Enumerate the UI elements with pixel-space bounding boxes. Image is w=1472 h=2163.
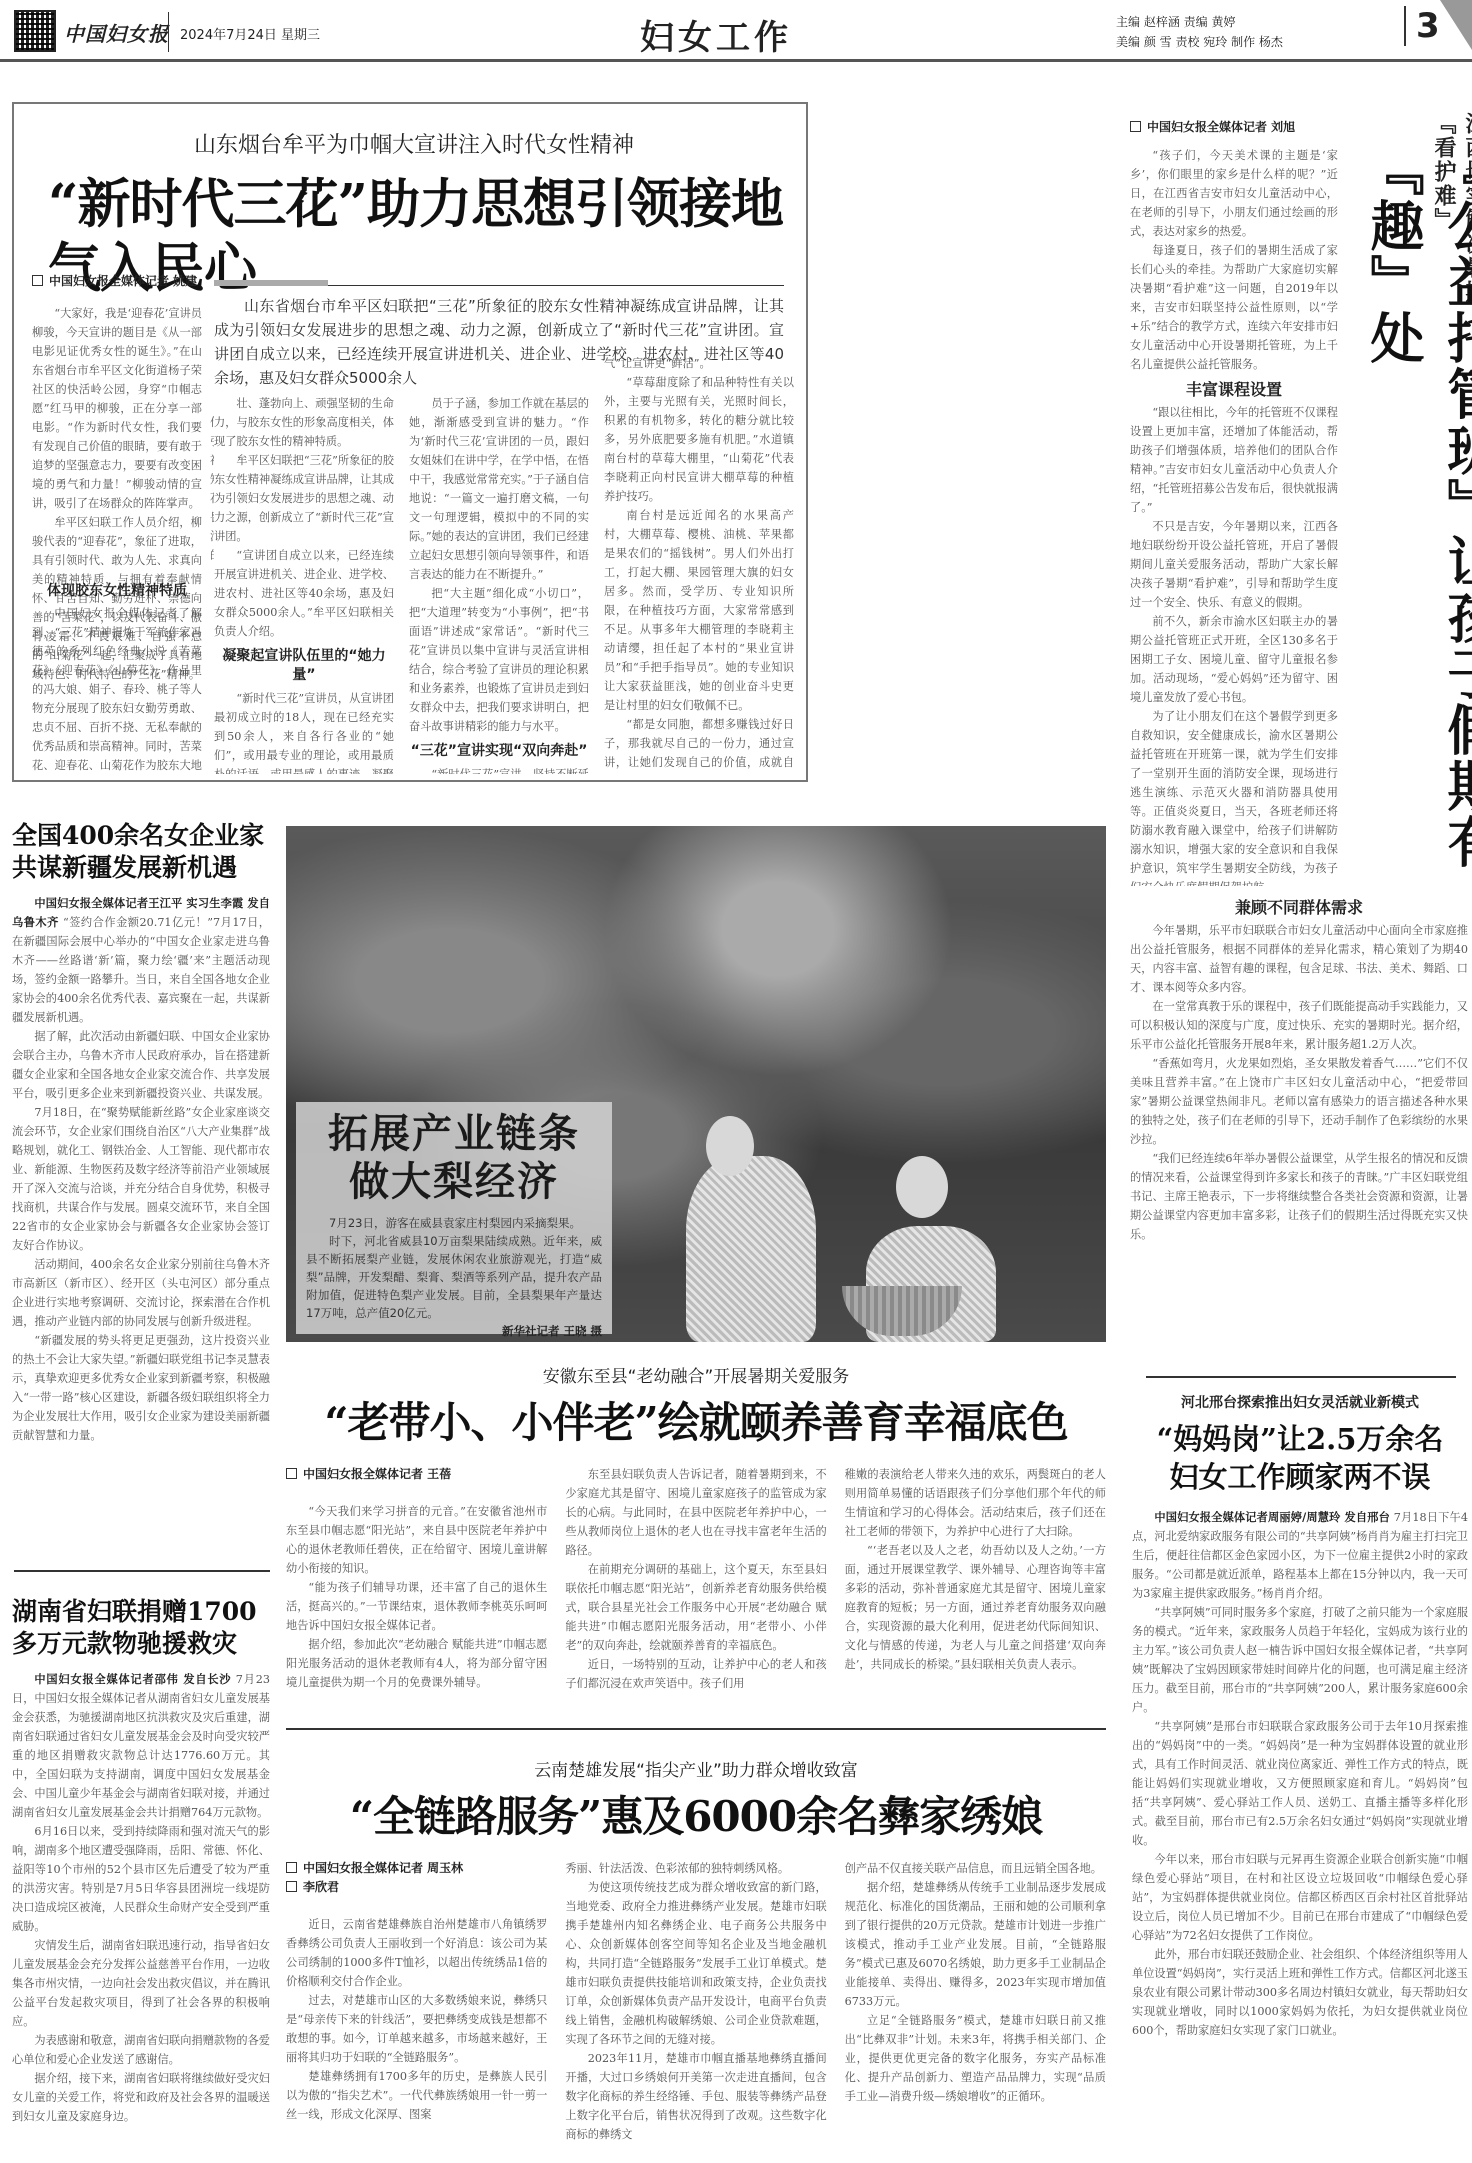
article-byline: 中国妇女报全媒体记者 刘旭: [1130, 118, 1295, 135]
paragraph: 南台村是远近闻名的水果高产村，大棚草莓、樱桃、油桃、苹果都是果农们的“摇钱树”。…: [604, 506, 794, 715]
column-2: 东至县妇联负责人告诉记者，随着暑期到来，不少家庭尤其是留守、困境儿童家庭孩子的监…: [565, 1465, 826, 1695]
byline-text: 中国妇女报全媒体记者 刘旭: [1147, 120, 1295, 134]
paragraph: 近日，云南省楚雄彝族自治州楚雄市八角镇绣罗香彝绣公司负责人王丽收到一个好消息：该…: [286, 1915, 547, 1991]
column-1: 中国妇女报全媒体记者 周玉林 李欣君 近日，云南省楚雄彝族自治州楚雄市八角镇绣罗…: [286, 1859, 547, 2149]
article-mamagang: 河北邢台探索推出妇女灵活就业新模式 “妈妈岗”让2.5万余名 妇女工作顾家两不误…: [1132, 1392, 1468, 2162]
paragraph: “新疆发展的势头将更足更强劲，这片投资兴业的热土不会让大家失望。”新疆妇联党组书…: [12, 1331, 270, 1445]
paragraph: “大家好，我是‘迎春花’宣讲员柳骏，今天宣讲的题目是《从一部电影见证优秀女性的诞…: [32, 304, 202, 513]
paragraph: 近日，一场特别的互动，让养护中心的老人和孩子们都沉浸在欢声笑语中。孩子们用: [565, 1655, 826, 1693]
paragraph: 据了解，此次活动由新疆妇联、中国女企业家协会联合主办，乌鲁木齐市人民政府承办，旨…: [12, 1027, 270, 1103]
editor-credits: 主编 赵梓涵 责编 黄婷 美编 颜 雪 责校 宛玲 制作 杨杰: [1116, 12, 1283, 52]
column-1c: 体现胶东女性精神特质 中国妇女报全媒体记者了解到，“三花”精神提炼于军旅作家冯德…: [32, 574, 202, 774]
article-tuoguan: 中国妇女报全媒体记者 刘旭 江西切实解决暑期『看护难』 『公益托管班』让孩子假期…: [1130, 112, 1472, 1362]
photo-credit: 新华社记者 王晓 摄: [306, 1322, 602, 1340]
photo-title: 拓展产业链条 做大梨经济: [306, 1110, 602, 1206]
news-photo[interactable]: 拓展产业链条 做大梨经济 7月23日，游客在威县袁家庄村梨园内采摘梨果。 时下，…: [286, 826, 1106, 1342]
paragraph: 立足“全链路服务”模式，楚雄市妇联日前又推出“比彝双非”计划。未来3年，将携手相…: [845, 2011, 1106, 2106]
paragraph: 秀丽、针法活泼、色彩浓郁的独特刺绣风格。: [565, 1859, 826, 1878]
paragraph: “新时代三花”宣讲，坚持不断延伸宣讲内容，“妇联组织、镇街点单、专家授课”让宣讲…: [409, 765, 589, 774]
paragraph: “孩子们，今天美术课的主题是‘家乡’，你们眼里的家乡是什么样的呢？”近日，在江西…: [1130, 146, 1338, 241]
paragraph: “‘老吾老以及人之老，幼吾幼以及人之幼。’一方面，通过开展课堂教学、课外辅导、心…: [845, 1541, 1106, 1674]
byline-marker-icon: [286, 1862, 297, 1873]
paragraph: “都是女同胞，都想多赚钱过好日子，那我就尽自己的一份力，通过宣讲，让她们发现自己…: [604, 715, 794, 774]
byline-marker-icon: [286, 1468, 297, 1479]
byline-marker-icon: [286, 1881, 297, 1892]
headline-line: 多万元款物驰援救灾: [12, 1628, 270, 1660]
paragraph: 在前期充分调研的基础上，这个夏天，东至县妇联依托巾帼志愿“阳光站”，创新养老育幼…: [565, 1560, 826, 1655]
article-kicker: 山东烟台牟平为巾帼大宣讲注入时代女性精神: [14, 128, 806, 159]
paragraph: “能为孩子们辅导功课，还丰富了自己的退休生活，挺高兴的。”一节课结束，退休教师李…: [286, 1578, 547, 1635]
paragraph: “跟以往相比，今年的托管班不仅课程设置上更加丰富，还增加了体能活动，帮助孩子们增…: [1130, 403, 1338, 517]
column-3: 创产品不仅直接关联产品信息，而且远销全国各地。 据介绍，楚雄彝绣从传统手工业制品…: [845, 1859, 1106, 2149]
newspaper-logo: 中国妇女报: [64, 18, 169, 47]
article-kicker: 安徽东至县“老幼融合”开展暑期关爱服务: [286, 1362, 1106, 1387]
paragraph: “我们已经连续6年举办暑假公益课堂，从学生报名的情况和反馈的情况来看，公益课堂得…: [1130, 1149, 1468, 1244]
paragraph: “宣讲团自成立以来，已经连续开展宣讲进机关、进企业、进学校、进农村、进社区等40…: [214, 546, 394, 641]
byline-text: 中国妇女报全媒体记者 周玉林: [303, 1861, 463, 1875]
page-number: 3: [1404, 6, 1440, 46]
photo-person-left: [686, 1156, 816, 1342]
article-byline: 李欣君: [286, 1878, 547, 1897]
paragraph: 员于子涵，参加工作就在基层的她，渐渐感受到宣讲的魅力。“作为‘新时代三花’宣讲团…: [409, 394, 589, 584]
article-laodaixiao: 安徽东至县“老幼融合”开展暑期关爱服务 “老带小、小伴老”绘就颐养善育幸福底色 …: [286, 1352, 1106, 1702]
lead-rule: [214, 280, 784, 286]
qr-code-icon[interactable]: [14, 10, 56, 52]
column-2: 秀丽、针法活泼、色彩浓郁的独特刺绣风格。 为使这项传统技艺成为群众增收致富的新门…: [565, 1859, 826, 2149]
article-xinjiang: 全国400余名女企业家 共谋新疆发展新机遇 中国妇女报全媒体记者王江平 实习生李…: [12, 820, 270, 1580]
byline-marker-icon: [32, 275, 43, 286]
column-3: 员于子涵，参加工作就在基层的她，渐渐感受到宣讲的魅力。“作为‘新时代三花’宣讲团…: [409, 394, 589, 774]
paragraph: 壮、蓬勃向上、顽强坚韧的生命力，与胶东女性的形象高度相关，体现了胶东女性的精神特…: [214, 394, 394, 451]
paragraph: 据介绍，楚雄彝绣从传统手工业制品逐步发展成规范化、标准化的国货潮品，王丽和她的公…: [845, 1878, 1106, 2011]
paragraph: “签约合作金额20.71亿元！”7月17日，在新疆国际会展中心举办的“中国女企业…: [12, 916, 270, 1024]
paragraph: 今年以来，邢台市妇联与元昇再生资源企业联合创新实施“巾帼绿色爱心驿站”项目，在村…: [1132, 1850, 1468, 1945]
paragraph: 稚嫩的表演给老人带来久违的欢乐，两鬓斑白的老人则用简单易懂的话语跟孩子们分享他们…: [845, 1465, 1106, 1541]
byline-marker-icon: [1130, 121, 1141, 132]
article-body: 中国妇女报全媒体记者邵伟 发自长沙 7月23日，中国妇女报全媒体记者从湖南省妇女…: [12, 1670, 270, 2150]
headline-line: 妇女工作顾家两不误: [1132, 1458, 1468, 1496]
section-title: 妇女工作: [640, 10, 792, 59]
caption-paragraph: 7月23日，游客在威县袁家庄村梨园内采摘梨果。: [306, 1214, 602, 1232]
paragraph: 6月16日以来，受到持续降雨和强对流天气的影响，湖南多个地区遭受强降雨，岳阳、常…: [12, 1822, 270, 1936]
paragraph: 不只是吉安，今年暑期以来，江西各地妇联纷纷开设公益托管班，开启了暑假期间儿童关爱…: [1130, 517, 1338, 612]
article-byline: 中国妇女报全媒体记者 周玉林: [286, 1859, 547, 1878]
paragraph: “共享阿姨”是邢台市妇联联合家政服务公司于去年10月探索推出的“妈妈岗”中的一类…: [1132, 1717, 1468, 1850]
page-corner-decoration: [1440, 0, 1472, 50]
masthead: 中国妇女报 2024年7月24日 星期三 妇女工作 主编 赵梓涵 责编 黄婷 美…: [0, 0, 1472, 62]
paragraph: 7月23日，中国妇女报全媒体记者从湖南省妇女儿童发展基金会获悉，为驰援湖南地区抗…: [12, 1673, 270, 1819]
article-columns: 中国妇女报全媒体记者 王蓓 “今天我们来学习拼音的元音。”在安徽省池州市东至县巾…: [286, 1465, 1106, 1695]
paragraph: “今天我们来学习拼音的元音。”在安徽省池州市东至县巾帼志愿“阳光站”，来自县中医…: [286, 1502, 547, 1578]
issue-date: 2024年7月24日 星期三: [180, 24, 320, 43]
subhead: 体现胶东女性精神特质: [32, 580, 202, 600]
column-text: “孩子们，今天美术课的主题是‘家乡’，你们眼里的家乡是什么样的呢？”近日，在江西…: [1130, 146, 1338, 886]
paragraph: 气”让宣讲更“鲜活”。: [604, 354, 794, 373]
divider: [1146, 1376, 1456, 1378]
article-columns: 中国妇女报全媒体记者 周玉林 李欣君 近日，云南省楚雄彝族自治州楚雄市八角镇绣罗…: [286, 1859, 1106, 2149]
paragraph: 中国妇女报全媒体记者了解到，“三花”精神提炼于军旅作家冯德英的系列红色经典小说《…: [32, 604, 202, 774]
subhead: 凝聚起宣讲队伍里的“她力量”: [214, 647, 394, 685]
paragraph: 此外，邢台市妇联还鼓励企业、社会组织、个体经济组织等用人单位设置“妈妈岗”，实行…: [1132, 1945, 1468, 2040]
column-text-wide: 兼顾不同群体需求 今年暑期，乐平市妇联联合市妇女儿童活动中心面向全市家庭推出公益…: [1130, 892, 1468, 1332]
paragraph: 东至县妇联负责人告诉记者，随着暑期到来，不少家庭尤其是留守、困境儿童家庭孩子的监…: [565, 1465, 826, 1560]
paragraph: 今年暑期，乐平市妇联联合市妇女儿童活动中心面向全市家庭推出公益托管服务，根据不同…: [1130, 921, 1468, 997]
paragraph: 在一堂常真教于乐的课程中，孩子们既能提高动手实践能力，又可以积极认知的深度与广度…: [1130, 997, 1468, 1054]
paragraph: 7月18日，在“聚势赋能新丝路”女企业家座谈交流会环节，女企业家们围绕自治区“八…: [12, 1103, 270, 1255]
photo-face-left: [706, 1116, 754, 1176]
headline-line: “妈妈岗”让2.5万余名: [1132, 1420, 1468, 1458]
article-hunan: 湖南省妇联捐赠1700 多万元款物驰援救灾 中国妇女报全媒体记者邵伟 发自长沙 …: [12, 1596, 270, 2156]
article-kicker: 河北邢台探索推出妇女灵活就业新模式: [1132, 1392, 1468, 1412]
subhead: 兼顾不同群体需求: [1130, 898, 1468, 917]
article-headline: 全国400余名女企业家 共谋新疆发展新机遇: [12, 820, 270, 884]
article-headline: 『公益托管班』让孩子假期有『趣』处: [1356, 142, 1472, 902]
column-1: 中国妇女报全媒体记者 王蓓 “今天我们来学习拼音的元音。”在安徽省池州市东至县巾…: [286, 1465, 547, 1695]
paragraph: 过去，对楚雄市山区的大多数绣娘来说，彝绣只是“母亲传下来的针线活”，要把彝绣变成…: [286, 1991, 547, 2067]
column-4: 气”让宣讲更“鲜活”。 “草莓甜度除了和品种特性有关以外，主要与光照有关，光照时…: [604, 354, 794, 774]
byline-text: 中国妇女报全媒体记者周丽婷/周慧玲 发自邢台: [1154, 1511, 1390, 1524]
article-body: 中国妇女报全媒体记者王江平 实习生李霞 发自乌鲁木齐 “签约合作金额20.71亿…: [12, 894, 270, 1574]
byline-text: 中国妇女报全媒体记者 王蓓: [303, 1467, 451, 1481]
editor-credits-line1: 主编 赵梓涵 责编 黄婷: [1116, 12, 1283, 32]
paragraph: “新时代三花”宣讲员，从宣讲团最初成立时的18人，现在已经充实到50余人，来自各…: [214, 689, 394, 774]
paragraph: 为了让小朋友们在这个暑假学到更多自救知识，安全健康成长，渝水区暑期公益托管班在开…: [1130, 707, 1338, 886]
column-2: 壮、蓬勃向上、顽强坚韧的生命力，与胶东女性的形象高度相关，体现了胶东女性的精神特…: [214, 394, 394, 774]
paragraph: 前不久，新余市渝水区妇联主办的暑期公益托管班正式开班，全区130多名于困期工子女…: [1130, 612, 1338, 707]
paragraph: 为使这项传统技艺成为群众增收致富的新门路，当地党委、政府全力推进彝绣产业发展。楚…: [565, 1878, 826, 2049]
photo-title-line: 做大梨经济: [306, 1158, 602, 1206]
paragraph: “共享阿姨”可同时服务多个家庭，打破了之前只能为一个家庭服务的模式。“近年来，家…: [1132, 1603, 1468, 1717]
paragraph: 楚雄彝绣拥有1700多年的历史，是彝族人民引以为傲的“指尖艺术”。一代代彝族绣娘…: [286, 2067, 547, 2124]
article-body: 中国妇女报全媒体记者周丽婷/周慧玲 发自邢台 7月18日下午4点，河北爱纳家政服…: [1132, 1508, 1468, 2138]
paragraph: 把“大主题”细化成“小切口”，把“大道理”转变为“小事例”，把“书面语”讲述成“…: [409, 584, 589, 736]
divider: [286, 1728, 1106, 1730]
column-3: 稚嫩的表演给老人带来久违的欢乐，两鬓斑白的老人则用简单易懂的话语跟孩子们分享他们…: [845, 1465, 1106, 1695]
article-kicker: 云南楚雄发展“指尖产业”助力群众增收致富: [286, 1756, 1106, 1781]
article-sanhua: 山东烟台牟平为巾帼大宣讲注入时代女性精神 “新时代三花”助力思想引领接地气入民心…: [12, 102, 808, 782]
paragraph: 每逢夏日，孩子们的暑期生活成了家长们心头的牵挂。为帮助广大家庭切实解决暑期“看护…: [1130, 241, 1338, 374]
article-byline: 中国妇女报全媒体记者 姚建: [32, 272, 197, 289]
paragraph: 灾情发生后，湖南省妇联迅速行动，指导省妇女儿童发展基金会充分发挥公益慈善平台作用…: [12, 1936, 270, 2031]
article-byline: 中国妇女报全媒体记者 王蓓: [286, 1465, 547, 1484]
headline-line: 湖南省妇联捐赠1700: [12, 1596, 270, 1628]
headline-line: 共谋新疆发展新机遇: [12, 852, 270, 884]
paragraph: “香蕉如弯月，火龙果如烈焰，圣女果散发着香气……”它们不仅美味且营养丰富。”在上…: [1130, 1054, 1468, 1149]
paragraph: 牟平区妇联把“三花”所象征的胶东女性精神凝练成宣讲品牌，让其成为引领妇女发展进步…: [214, 451, 394, 546]
byline-text: 中国妇女报全媒体记者 姚建: [49, 274, 197, 288]
caption-paragraph: 时下，河北省威县10万亩梨果陆续成熟。近年来，威县不断拓展梨产业链，发展休闲农业…: [306, 1232, 602, 1322]
subhead: “三花”宣讲实现“双向奔赴”: [409, 742, 589, 761]
paragraph: 活动期间，400余名女企业家分别前往乌鲁木齐市高新区（新市区）、经开区（头屯河区…: [12, 1255, 270, 1331]
divider: [14, 1570, 270, 1572]
paragraph: 据介绍，参加此次“老幼融合 赋能共进”巾帼志愿阳光服务活动的退休老教师有4人，将…: [286, 1635, 547, 1692]
paragraph: “草莓甜度除了和品种特性有关以外，主要与光照有关，光照时间长，积累的有机物多，转…: [604, 373, 794, 506]
paragraph: 7月18日下午4点，河北爱纳家政服务有限公司的“共享阿姨”杨肖肖为雇主打扫完卫生…: [1132, 1511, 1468, 1600]
photo-face-right: [896, 1156, 948, 1218]
article-headline: “全链路服务”惠及6000余名彝家绣娘: [286, 1789, 1106, 1845]
article-headline: 湖南省妇联捐赠1700 多万元款物驰援救灾: [12, 1596, 270, 1660]
byline-text: 中国妇女报全媒体记者邵伟 发自长沙: [34, 1673, 231, 1686]
article-yixiu: 云南楚雄发展“指尖产业”助力群众增收致富 “全链路服务”惠及6000余名彝家绣娘…: [286, 1744, 1106, 2163]
paragraph: 为表感谢和敬意，湖南省妇联向捐赠款物的各爱心单位和爱心企业发送了感谢信。: [12, 2031, 270, 2069]
article-headline: “妈妈岗”让2.5万余名 妇女工作顾家两不误: [1132, 1420, 1468, 1496]
photo-caption-box: 拓展产业链条 做大梨经济 7月23日，游客在威县袁家庄村梨园内采摘梨果。 时下，…: [296, 1102, 612, 1334]
paragraph: 创产品不仅直接关联产品信息，而且远销全国各地。: [845, 1859, 1106, 1878]
headline-line: 全国400余名女企业家: [12, 820, 270, 852]
photo-caption: 7月23日，游客在威县袁家庄村梨园内采摘梨果。 时下，河北省威县10万亩梨果陆续…: [306, 1214, 602, 1340]
paragraph: 2023年11月，楚雄市巾帼直播基地彝绣直播间开播，大过口乡绣娘何开美第一次走进…: [565, 2049, 826, 2144]
photo-title-line: 拓展产业链条: [306, 1110, 602, 1158]
editor-credits-line2: 美编 颜 雪 责校 宛玲 制作 杨杰: [1116, 32, 1283, 52]
subhead: 丰富课程设置: [1130, 380, 1338, 399]
paragraph: 据介绍，接下来，湖南省妇联将继续做好受灾妇女儿童的关爱工作，将党和政府及社会各界…: [12, 2069, 270, 2126]
byline-text: 李欣君: [303, 1880, 339, 1894]
divider: [168, 12, 169, 52]
article-headline: “老带小、小伴老”绘就颐养善育幸福底色: [286, 1395, 1106, 1451]
